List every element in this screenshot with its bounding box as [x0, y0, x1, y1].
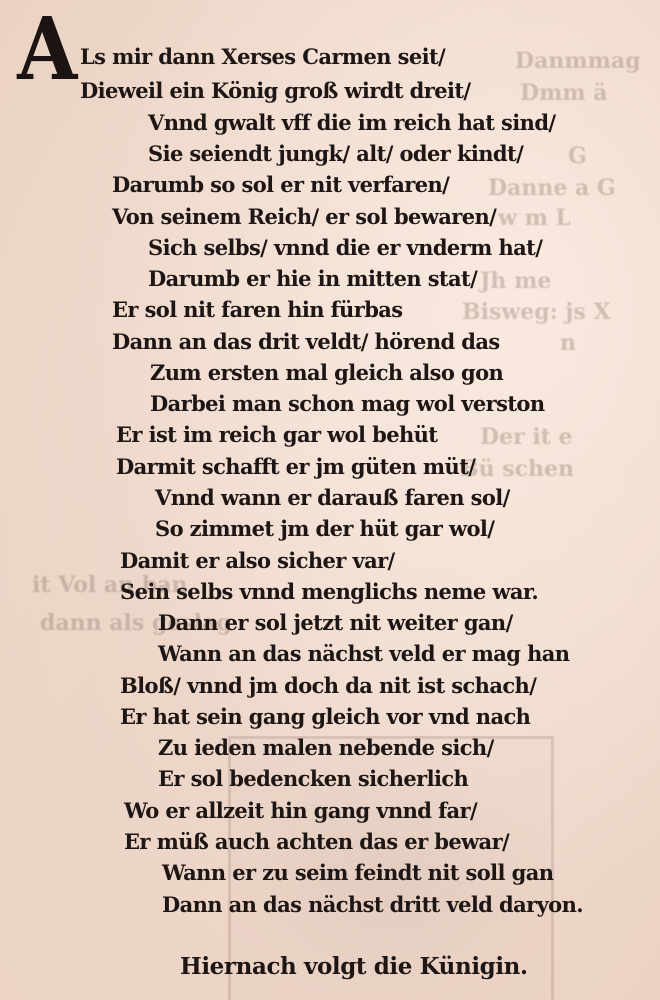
- verse-line: Darumb so sol er nit verfaren/: [112, 172, 449, 198]
- verse-line: Von seinem Reich/ er sol bewaren/: [112, 204, 496, 230]
- verse-line: Wo er allzeit hin gang vnnd far/: [124, 798, 477, 824]
- verse-line: Er ist im reich gar wol behüt: [116, 422, 437, 448]
- verse-line: Ls mir dann Xerses Carmen seit/: [80, 44, 445, 70]
- verse-line: Wann an das nächst veld er mag han: [158, 641, 569, 667]
- verse-line: Er müß auch achten das er bewar/: [124, 829, 509, 855]
- closing-heading: Hiernach volgt die Künigin.: [180, 953, 528, 980]
- bleed-through-text: Bü schen: [460, 456, 574, 482]
- verse-line: Darumb er hie in mitten stat/: [148, 266, 477, 292]
- bleed-through-text: Dmm ä: [520, 80, 608, 106]
- verse-line: Er sol bedencken sicherlich: [158, 766, 468, 792]
- verse-line: Wann er zu seim feindt nit soll gan: [162, 860, 553, 886]
- verse-line: Sie seiendt jungk/ alt/ oder kindt/: [148, 141, 523, 167]
- verse-line: Dann an das drit veldt/ hörend das: [112, 329, 500, 355]
- verse-line: Damit er also sicher var/: [120, 548, 395, 574]
- bleed-through-text: G: [568, 143, 587, 169]
- bleed-through-text: Danne a G: [488, 175, 616, 201]
- verse-line: Vnnd gwalt vff die im reich hat sind/: [148, 110, 555, 136]
- verse-line: Dieweil ein König groß wirdt dreit/: [80, 78, 471, 104]
- bleed-through-text: Der it e: [480, 424, 573, 450]
- verse-line: Sein selbs vnnd menglichs neme war.: [120, 579, 538, 605]
- book-page: DanmmagDmm äGDanne a Gw m LJh meBisweg: …: [0, 0, 660, 1000]
- bleed-through-text: Danmmag: [515, 48, 641, 74]
- verse-line: Er sol nit faren hin fürbas: [112, 297, 403, 323]
- verse-line: Sich selbs/ vnnd die er vnderm hat/: [148, 235, 542, 261]
- verse-line: Zu ieden malen nebende sich/: [158, 735, 494, 761]
- verse-line: Darmit schafft er jm güten müt/: [116, 454, 475, 480]
- verse-line: Dann an das nächst dritt veld daryon.: [162, 892, 583, 918]
- verse-line: Darbei man schon mag wol verston: [150, 391, 545, 417]
- verse-line: Dann er sol jetzt nit weiter gan/: [158, 610, 513, 636]
- verse-line: Bloß/ vnnd jm doch da nit ist schach/: [120, 673, 536, 699]
- verse-line: Zum ersten mal gleich also gon: [150, 360, 503, 386]
- bleed-through-text: n: [560, 330, 576, 356]
- bleed-through-text: Jh me: [480, 268, 551, 294]
- verse-line: Er hat sein gang gleich vor vnd nach: [120, 704, 530, 730]
- bleed-through-text: Bisweg: js X: [462, 299, 611, 325]
- verse-line: So zimmet jm der hüt gar wol/: [155, 516, 494, 542]
- verse-line: Vnnd wann er darauß faren sol/: [155, 485, 510, 511]
- ornamental-drop-cap: A: [17, 8, 75, 92]
- bleed-through-text: w m L: [498, 205, 571, 231]
